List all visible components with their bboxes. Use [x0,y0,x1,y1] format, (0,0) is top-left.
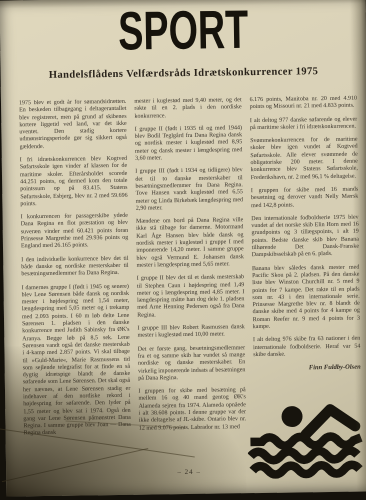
paragraph: I fri idrætskonkurrencen blev Kogtved Sø… [20,156,128,209]
paragraph: I alt deltog 977 danske søfarende og ele… [250,116,358,132]
swimmer-arm [305,409,355,434]
paragraph: I gruppen for skibe med 16 mands besætni… [251,187,359,210]
paragraph: 6.176 points, Manitoba nr. 20 med 4.910 … [250,96,358,112]
scanned-magazine-page: SPORT Handelsflådens Velfærdsråds Idræts… [0,0,366,497]
swimmer-head [281,406,302,427]
masthead: SPORT Handelsflådens Velfærdsråds Idræts… [0,0,366,82]
paragraph: Svømmekonkurrencen for de maritime skole… [250,137,358,182]
paragraph: Mændene om bord på Dana Regina ville ikk… [136,217,244,270]
paragraph: I alt deltog 976 skibe fra 63 nationer i… [253,336,361,359]
paragraph: mester i kuglestød med 9,40 meter, og de… [134,97,242,120]
paragraph: Den internationale fodboldserie 1975 ble… [251,214,359,259]
paragraph: Det er første gang, besætningsmedlemmer … [138,345,246,383]
swimmer-icon [247,396,364,480]
paragraph: 1975 blev et godt år for sømandsidrætten… [19,99,127,152]
paragraph: I damernes gruppe I (født i 1945 og sene… [22,283,131,438]
page-title: SPORT [118,2,249,58]
paragraph: I konkurrencen for passagerskibe ydede D… [21,213,129,251]
paragraph: I gruppe III (født i 1934 og tidligere) … [135,168,243,213]
text-column-1: 1975 blev et godt år for sømandsidrætten… [19,99,131,462]
paragraph: I gruppe II (født i 1935 til og med 1944… [135,125,243,163]
paragraph: I gruppen for skibe med besætning på mel… [138,387,246,432]
paragraph: I gruppe II blev det til et dansk mester… [137,274,245,319]
article-subtitle: Handelsflådens Velfærdsråds Idrætskonkur… [1,65,366,81]
paragraph: Banana blev således dansk mester med Pac… [252,264,360,331]
paragraph: I gruppe III blev Robert Rasmussen dansk… [137,324,245,340]
text-column-2: mester i kuglestød med 9,40 meter, og de… [134,97,246,460]
author-byline: Finn Fuldby-Olsen [253,364,360,372]
paragraph: I den individuelle konkurrence blev det … [21,255,129,278]
page-number: – 24 – [177,468,201,476]
